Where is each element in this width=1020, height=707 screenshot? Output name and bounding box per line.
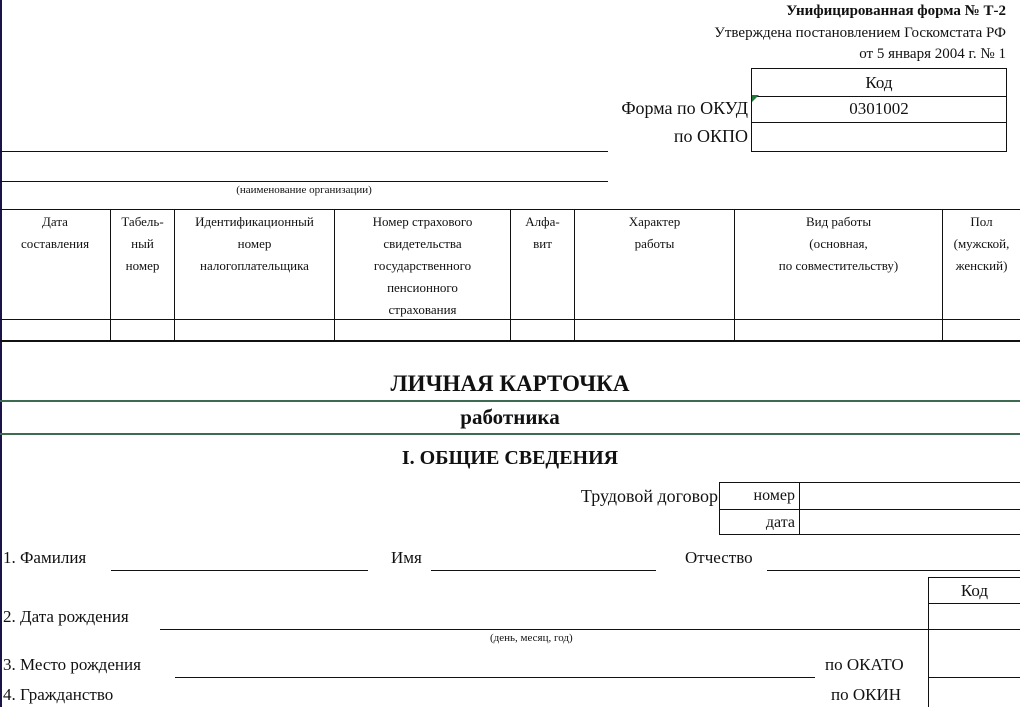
col-header-work-nature: Характерработы <box>575 210 734 321</box>
patronymic-field[interactable] <box>767 570 1020 571</box>
birth-date-label: 2. Дата рождения <box>3 607 129 627</box>
labor-contract-label: Трудовой договор <box>581 486 718 507</box>
selected-row-border-bottom <box>0 433 1020 435</box>
cell-work-nature[interactable] <box>575 319 735 340</box>
birth-date-code-cell[interactable] <box>929 603 1020 628</box>
birth-date-field[interactable] <box>160 629 928 630</box>
okin-label: по ОКИН <box>831 685 901 705</box>
surname-field[interactable] <box>111 570 368 571</box>
birth-place-label: 3. Место рождения <box>3 655 141 675</box>
cell-work-type[interactable] <box>735 319 943 340</box>
card-subtitle[interactable]: работника <box>0 405 1020 430</box>
birth-date-caption: (день, месяц, год) <box>490 632 573 644</box>
contract-number-label: номер <box>720 483 799 510</box>
col-header-snils: Номер страховогосвидетельствагосударстве… <box>335 210 510 321</box>
col-header-inn: Идентификационныйномерналогоплательщика <box>175 210 334 321</box>
surname-label: 1. Фамилия <box>3 548 86 568</box>
cell-date[interactable] <box>0 319 111 340</box>
form-title: Унифицированная форма № Т-2 <box>786 0 1006 22</box>
citizenship-label: 4. Гражданство <box>3 685 113 705</box>
birth-place-field[interactable] <box>175 677 815 678</box>
approval-date: от 5 января 2004 г. № 1 <box>859 43 1006 65</box>
patronymic-label: Отчество <box>685 548 753 568</box>
col-header-gender: Пол(мужской,женский) <box>943 210 1020 321</box>
card-title: ЛИЧНАЯ КАРТОЧКА <box>0 371 1020 397</box>
okud-label: Форма по ОКУД <box>621 98 748 119</box>
section-title: I. ОБЩИЕ СВЕДЕНИЯ <box>0 447 1020 470</box>
contract-date-label: дата <box>720 510 799 536</box>
okpo-value-cell[interactable] <box>752 122 1006 152</box>
cell-alphabet[interactable] <box>511 319 575 340</box>
window-left-edge <box>0 0 2 707</box>
okato-code-cell[interactable] <box>929 629 1020 676</box>
okud-value-cell[interactable]: 0301002 <box>752 96 1006 123</box>
personal-code-header: Код <box>929 578 1020 604</box>
cell-snils[interactable] <box>335 319 511 340</box>
selected-row-border-top <box>0 400 1020 402</box>
code-header-cell[interactable]: Код <box>752 69 1006 97</box>
cell-gender[interactable] <box>943 319 1020 340</box>
organization-name-field[interactable] <box>2 152 608 180</box>
col-header-tab-number: Табель-ныйномер <box>111 210 174 321</box>
okpo-label: по ОКПО <box>674 126 748 147</box>
name-label: Имя <box>391 548 422 568</box>
cell-error-marker-icon <box>752 95 759 102</box>
approval-line: Утверждена постановлением Госкомстата РФ <box>714 22 1006 44</box>
col-header-alphabet: Алфа-вит <box>511 210 574 321</box>
name-field[interactable] <box>431 570 656 571</box>
col-header-work-type: Вид работы(основная,по совместительству) <box>735 210 942 321</box>
code-box: Код 0301002 <box>751 68 1007 152</box>
contract-date-field[interactable] <box>800 509 1020 534</box>
organization-caption: (наименование организации) <box>0 184 608 196</box>
cell-inn[interactable] <box>175 319 335 340</box>
okato-label: по ОКАТО <box>825 655 904 675</box>
org-line-2 <box>0 181 608 182</box>
cell-tab-number[interactable] <box>111 319 175 340</box>
okin-code-cell[interactable] <box>929 677 1020 707</box>
contract-number-field[interactable] <box>800 483 1020 508</box>
col-header-date: Датасоставления <box>0 210 110 321</box>
